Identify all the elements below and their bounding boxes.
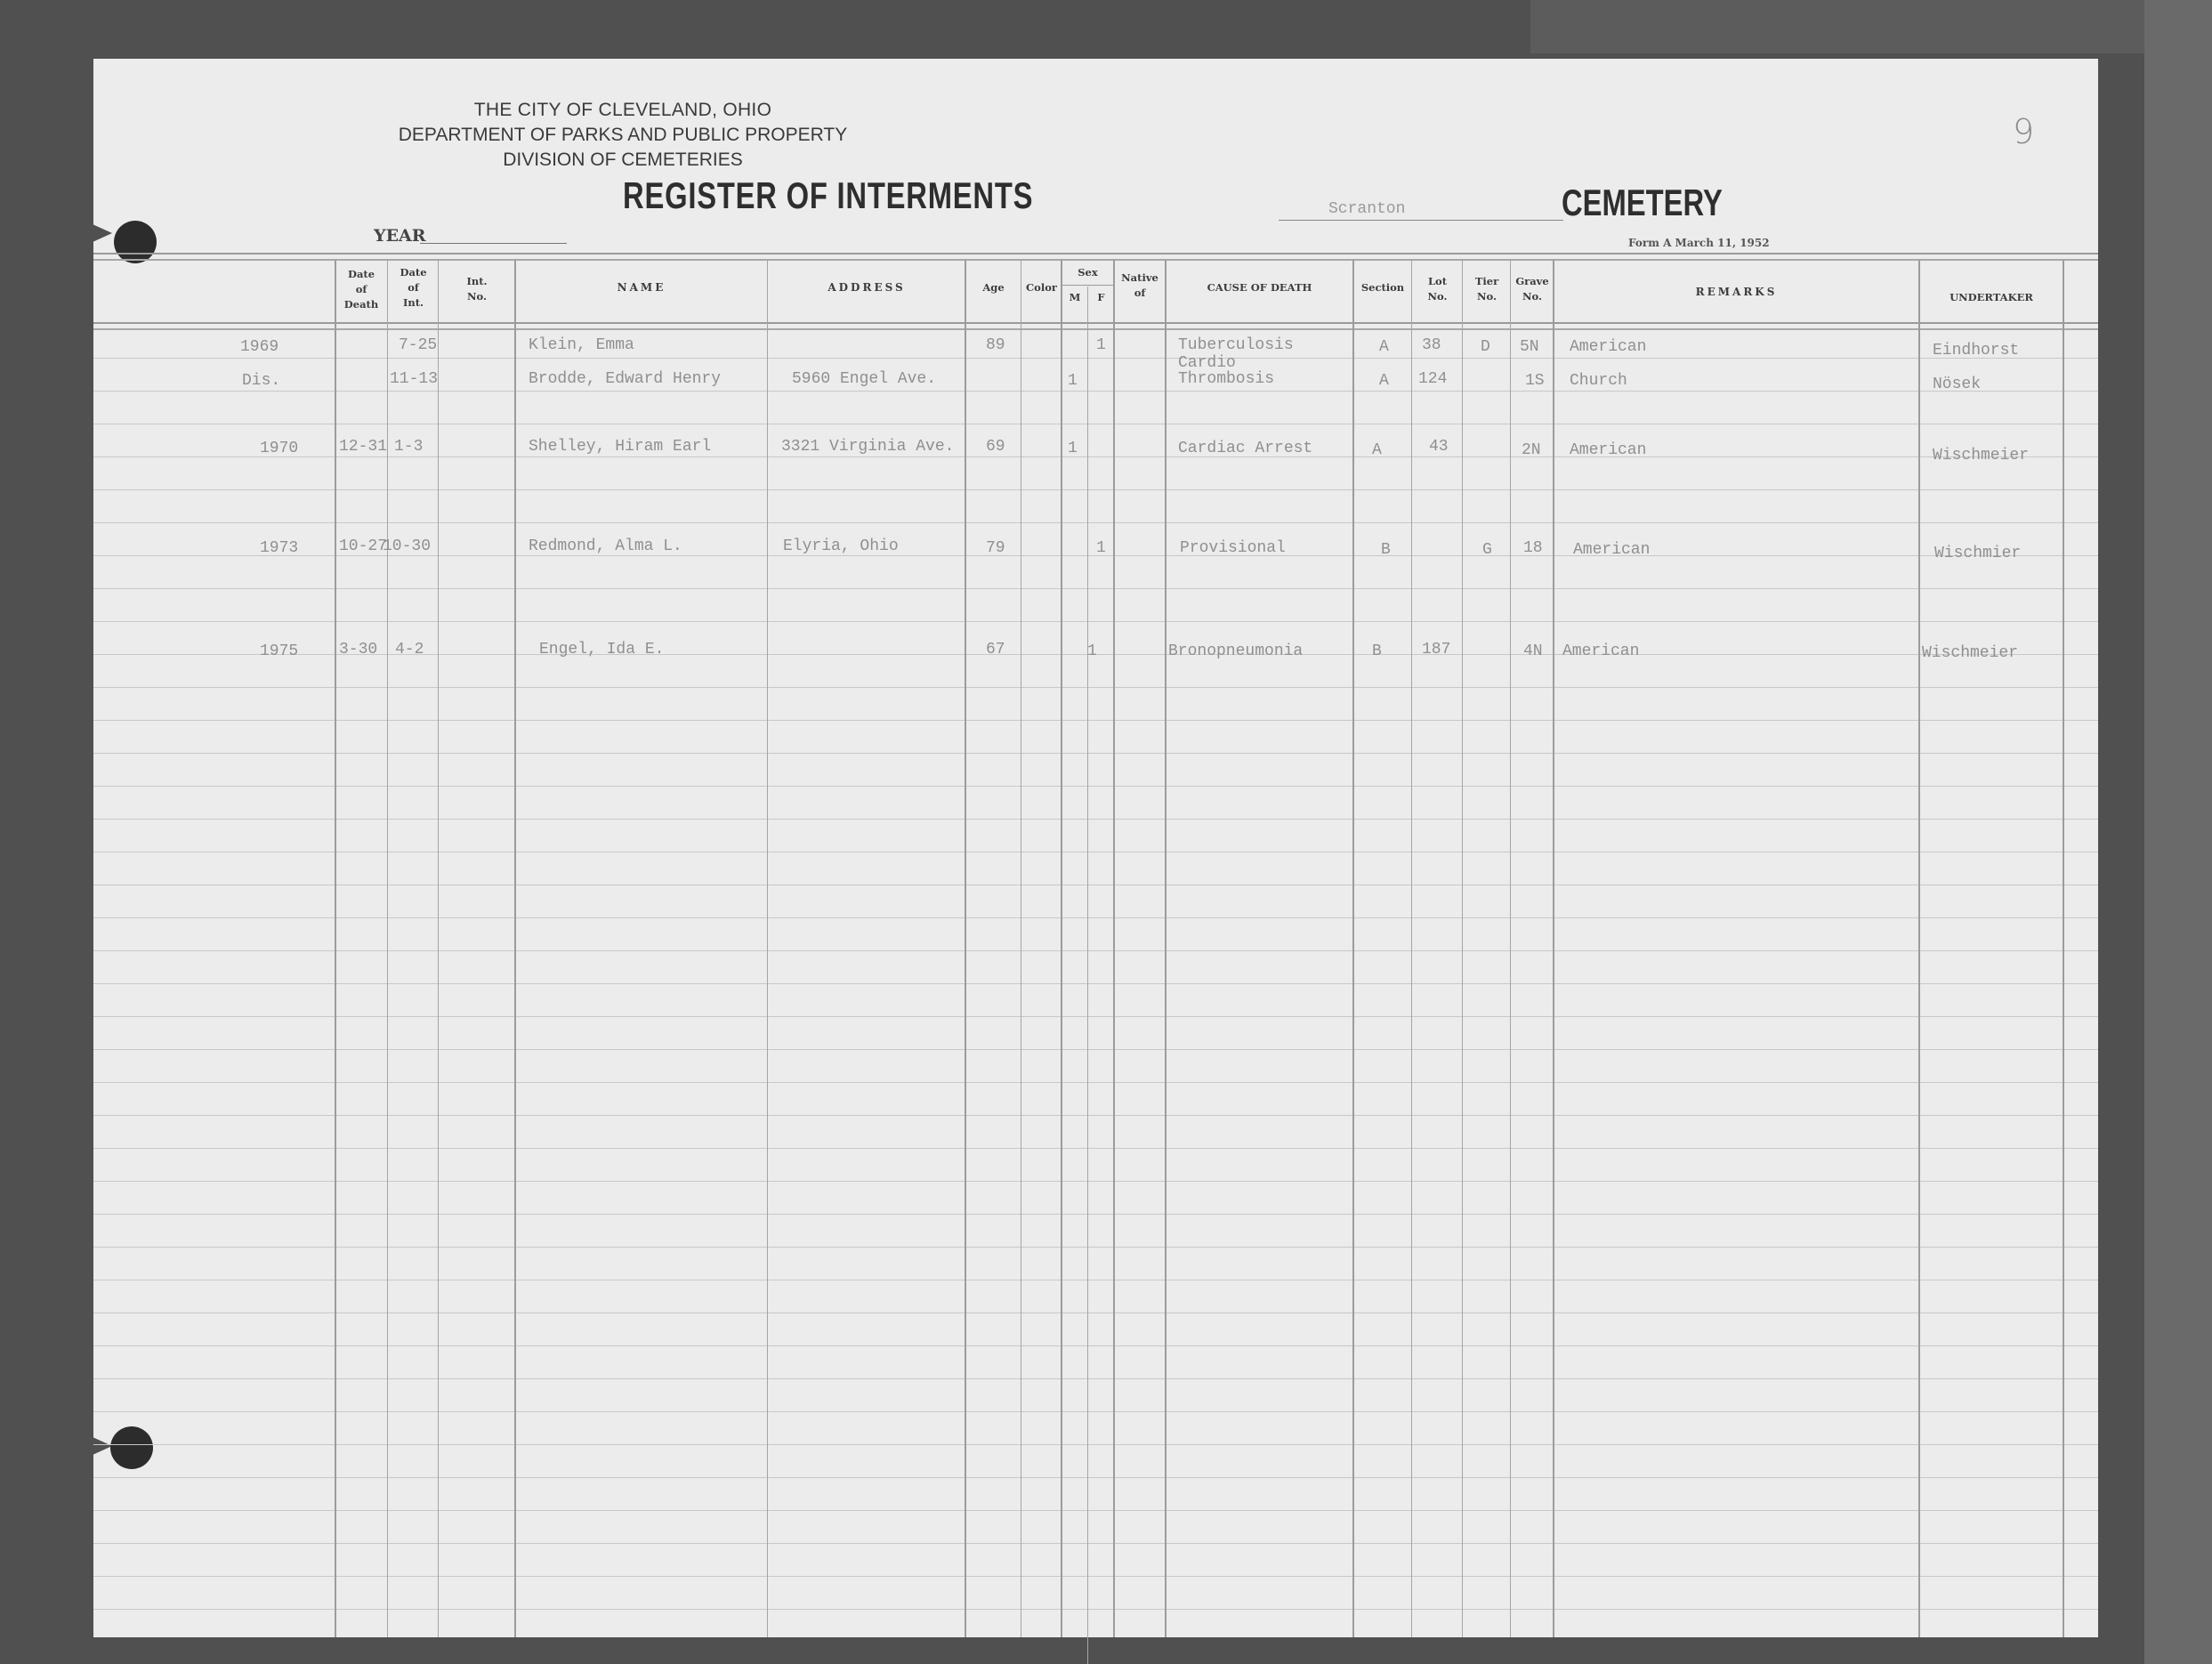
col-rule-int-no xyxy=(438,260,439,1637)
entry-name: Brodde, Edward Henry xyxy=(529,370,721,388)
ledger-rule xyxy=(93,1609,2098,1610)
entry-grave-no: 5N xyxy=(1520,338,1539,356)
year-label: YEAR xyxy=(374,226,426,246)
binder-hole-bottom-icon xyxy=(110,1426,153,1469)
entry-lot-no: 43 xyxy=(1429,438,1449,456)
entry-lot-no: 124 xyxy=(1418,370,1447,388)
col-rule-remarks xyxy=(1553,260,1554,1637)
ledger-rule xyxy=(93,1181,2098,1182)
page-title: REGISTER OF INTERMENTS xyxy=(623,174,1033,217)
entry-name: Shelley, Hiram Earl xyxy=(529,438,711,456)
entry-remarks: Church xyxy=(1570,372,1627,390)
entry-age: 69 xyxy=(986,438,1005,456)
ledger-rule xyxy=(93,1049,2098,1050)
ledger-rule xyxy=(93,983,2098,984)
entry-section: A xyxy=(1372,441,1382,459)
entry-undertaker: Wischmier xyxy=(1934,545,2021,562)
entry-year: 1970 xyxy=(260,440,298,457)
entry-remarks: American xyxy=(1573,541,1650,559)
entry-grave-no: 1S xyxy=(1525,372,1545,390)
ledger-rule xyxy=(93,1576,2098,1577)
entry-date-of-death: 3-30 xyxy=(339,641,377,658)
sex-subheader-rule xyxy=(1061,285,1113,286)
ledger-rule xyxy=(93,489,2098,490)
entry-cause-of-death-line1: Cardio xyxy=(1178,354,1236,372)
header-name: NAME xyxy=(516,280,767,295)
header-age: Age xyxy=(966,280,1021,295)
year-field xyxy=(420,243,567,244)
header-top-rule xyxy=(93,253,2098,261)
binder-spine xyxy=(2144,0,2212,1664)
city-heading: THE CITY OF CLEVELAND, OHIO xyxy=(374,100,872,121)
entry-name: Engel, Ida E. xyxy=(539,641,664,658)
col-rule-sex-f xyxy=(1087,287,1088,1664)
header-sex: Sex xyxy=(1062,265,1113,280)
entry-section: B xyxy=(1381,541,1391,559)
ledger-rule xyxy=(93,1543,2098,1544)
ledger-rule xyxy=(93,852,2098,852)
ledger-rule xyxy=(93,687,2098,688)
header-sex-f: F xyxy=(1089,290,1113,305)
header-text: of xyxy=(389,280,438,295)
header-text: Lot xyxy=(1413,274,1462,289)
header-section: Section xyxy=(1354,280,1411,295)
entry-name: Redmond, Alma L. xyxy=(529,537,682,555)
header-native-of: Native of xyxy=(1115,271,1165,301)
ledger-rule xyxy=(93,522,2098,523)
entry-remarks: American xyxy=(1570,338,1646,356)
entry-year: 1975 xyxy=(260,642,298,660)
header-text: Int. xyxy=(440,274,514,289)
entry-sex-f: 1 xyxy=(1096,539,1106,557)
entry-grave-no: 18 xyxy=(1523,539,1543,557)
col-rule-cause xyxy=(1165,260,1167,1637)
entry-date-of-int: 11-13 xyxy=(390,370,438,388)
col-rule-date-death xyxy=(335,260,336,1637)
entry-date-of-death: 10-27 xyxy=(339,537,387,555)
ledger-rule xyxy=(93,1444,2098,1445)
ledger-rule xyxy=(93,1345,2098,1346)
ledger-rule xyxy=(93,885,2098,885)
entry-name: Klein, Emma xyxy=(529,336,634,354)
entry-undertaker: Wischmeier xyxy=(1922,644,2018,662)
header-text: Grave xyxy=(1512,274,1553,289)
ledger-rule xyxy=(93,1510,2098,1511)
header-address: ADDRESS xyxy=(769,280,965,295)
entry-remarks: American xyxy=(1570,441,1646,459)
entry-remarks: American xyxy=(1562,642,1639,660)
page-number: 9 xyxy=(2013,112,2034,151)
entry-lot-no: 38 xyxy=(1422,336,1441,354)
entry-sex-m: 1 xyxy=(1068,440,1078,457)
col-rule-sex xyxy=(1061,260,1062,1637)
entry-undertaker: Wischmeier xyxy=(1933,447,2029,464)
form-note: Form A March 11, 1952 xyxy=(1628,237,1770,249)
header-tier-no: Tier No. xyxy=(1464,274,1510,304)
ledger-rule xyxy=(93,588,2098,589)
header-text: Death xyxy=(336,297,386,312)
ledger-rule xyxy=(93,1214,2098,1215)
entry-age: 79 xyxy=(986,539,1005,557)
header-lot-no: Lot No. xyxy=(1413,274,1462,304)
header-text: No. xyxy=(440,289,514,304)
header-text: Date xyxy=(336,267,386,282)
header-date-of-int: Date of Int. xyxy=(389,265,438,311)
header-grave-no: Grave No. xyxy=(1512,274,1553,304)
ledger-rule xyxy=(93,917,2098,918)
entry-date-of-death: 12-31 xyxy=(339,438,387,456)
entry-year: 1969 xyxy=(240,338,279,356)
ledger-rule xyxy=(93,950,2098,951)
ledger-rule xyxy=(93,1411,2098,1412)
division-heading: DIVISION OF CEMETERIES xyxy=(374,149,872,171)
entry-date-of-int: 1-3 xyxy=(394,438,423,456)
entry-year: 1973 xyxy=(260,539,298,557)
col-rule-end xyxy=(2063,260,2064,1637)
header-text: No. xyxy=(1464,289,1510,304)
entry-cause-of-death: Cardiac Arrest xyxy=(1178,440,1312,457)
entry-sex-m: 1 xyxy=(1068,372,1078,390)
entry-section: A xyxy=(1379,372,1389,390)
header-text: No. xyxy=(1512,289,1553,304)
header-undertaker: UNDERTAKER xyxy=(1920,290,2063,305)
cemetery-name-field: Scranton xyxy=(1279,205,1563,221)
entry-section: B xyxy=(1372,642,1382,660)
col-rule-address xyxy=(767,260,768,1637)
ledger-rule xyxy=(93,391,2098,392)
entry-year: Dis. xyxy=(242,372,280,390)
entry-age: 67 xyxy=(986,641,1005,658)
entry-date-of-int: 4-2 xyxy=(395,641,424,658)
col-rule-lot xyxy=(1411,260,1412,1637)
department-heading: DEPARTMENT OF PARKS AND PUBLIC PROPERTY xyxy=(374,125,872,146)
entry-undertaker: Nösek xyxy=(1933,376,1981,393)
header-text: of xyxy=(336,282,386,297)
col-rule-native xyxy=(1113,260,1115,1637)
entry-address: 5960 Engel Ave. xyxy=(792,370,936,388)
entry-lot-no: 187 xyxy=(1422,641,1450,658)
ledger-rule xyxy=(93,456,2098,457)
entry-section: A xyxy=(1379,338,1389,356)
col-rule-undertaker xyxy=(1918,260,1920,1637)
entry-cause-of-death: Tuberculosis xyxy=(1178,336,1294,354)
entry-cause-of-death: Provisional xyxy=(1180,539,1286,557)
entry-age: 89 xyxy=(986,336,1005,354)
col-rule-grave xyxy=(1510,260,1511,1637)
entry-grave-no: 4N xyxy=(1523,642,1543,660)
entry-address: Elyria, Ohio xyxy=(783,537,899,555)
header-bottom-rule xyxy=(93,322,2098,330)
header-text: of xyxy=(1115,286,1165,301)
col-rule-tier xyxy=(1462,260,1463,1637)
col-rule-date-int xyxy=(387,260,388,1637)
ledger-rule xyxy=(93,621,2098,622)
header-text: Date xyxy=(389,265,438,280)
ledger-rule xyxy=(93,424,2098,424)
header-remarks: REMARKS xyxy=(1554,285,1918,300)
header-color: Color xyxy=(1022,280,1061,295)
header-date-of-death: Date of Death xyxy=(336,267,386,312)
ledger-rule xyxy=(93,1016,2098,1017)
ledger-rule xyxy=(93,819,2098,820)
ledger-rule xyxy=(93,1280,2098,1280)
header-text: Tier xyxy=(1464,274,1510,289)
col-rule-name xyxy=(514,260,516,1637)
entry-sex-f: 1 xyxy=(1096,336,1106,354)
header-text: Int. xyxy=(389,295,438,311)
header-text: Native xyxy=(1115,271,1165,286)
entry-cause-of-death: Thrombosis xyxy=(1178,370,1274,388)
binder-notch-top xyxy=(93,224,112,242)
ledger-rule xyxy=(93,720,2098,721)
binder-notch-bottom xyxy=(93,1437,112,1455)
col-rule-color xyxy=(1021,260,1021,1637)
entry-tier-no: D xyxy=(1481,338,1490,356)
header-int-no: Int. No. xyxy=(440,274,514,304)
ledger-rule xyxy=(93,1115,2098,1116)
ledger-rule xyxy=(93,1313,2098,1313)
cemetery-label: CEMETERY xyxy=(1562,182,1723,224)
col-rule-age xyxy=(965,260,966,1637)
ledger-rule xyxy=(93,1378,2098,1379)
ledger-rule xyxy=(93,1477,2098,1478)
entry-date-of-int: 10-30 xyxy=(383,537,431,555)
entry-sex-f: 1 xyxy=(1087,642,1097,660)
header-cause-of-death: CAUSE OF DEATH xyxy=(1167,280,1352,295)
entry-tier-no: G xyxy=(1482,541,1492,559)
entry-date-of-int: 7-25 xyxy=(399,336,437,354)
ledger-rule xyxy=(93,1082,2098,1083)
entry-address: 3321 Virginia Ave. xyxy=(781,438,954,456)
col-rule-section xyxy=(1352,260,1354,1637)
header-text: No. xyxy=(1413,289,1462,304)
entry-grave-no: 2N xyxy=(1522,441,1541,459)
entry-undertaker: Eindhorst xyxy=(1933,342,2019,359)
binder-edge xyxy=(1530,0,2144,53)
ledger-rule xyxy=(93,753,2098,754)
entry-cause-of-death: Bronopneumonia xyxy=(1168,642,1303,660)
ledger-rule xyxy=(93,786,2098,787)
ledger-rule xyxy=(93,358,2098,359)
header-sex-m: M xyxy=(1062,290,1087,305)
ledger-rule xyxy=(93,1148,2098,1149)
ledger-rule xyxy=(93,1247,2098,1248)
